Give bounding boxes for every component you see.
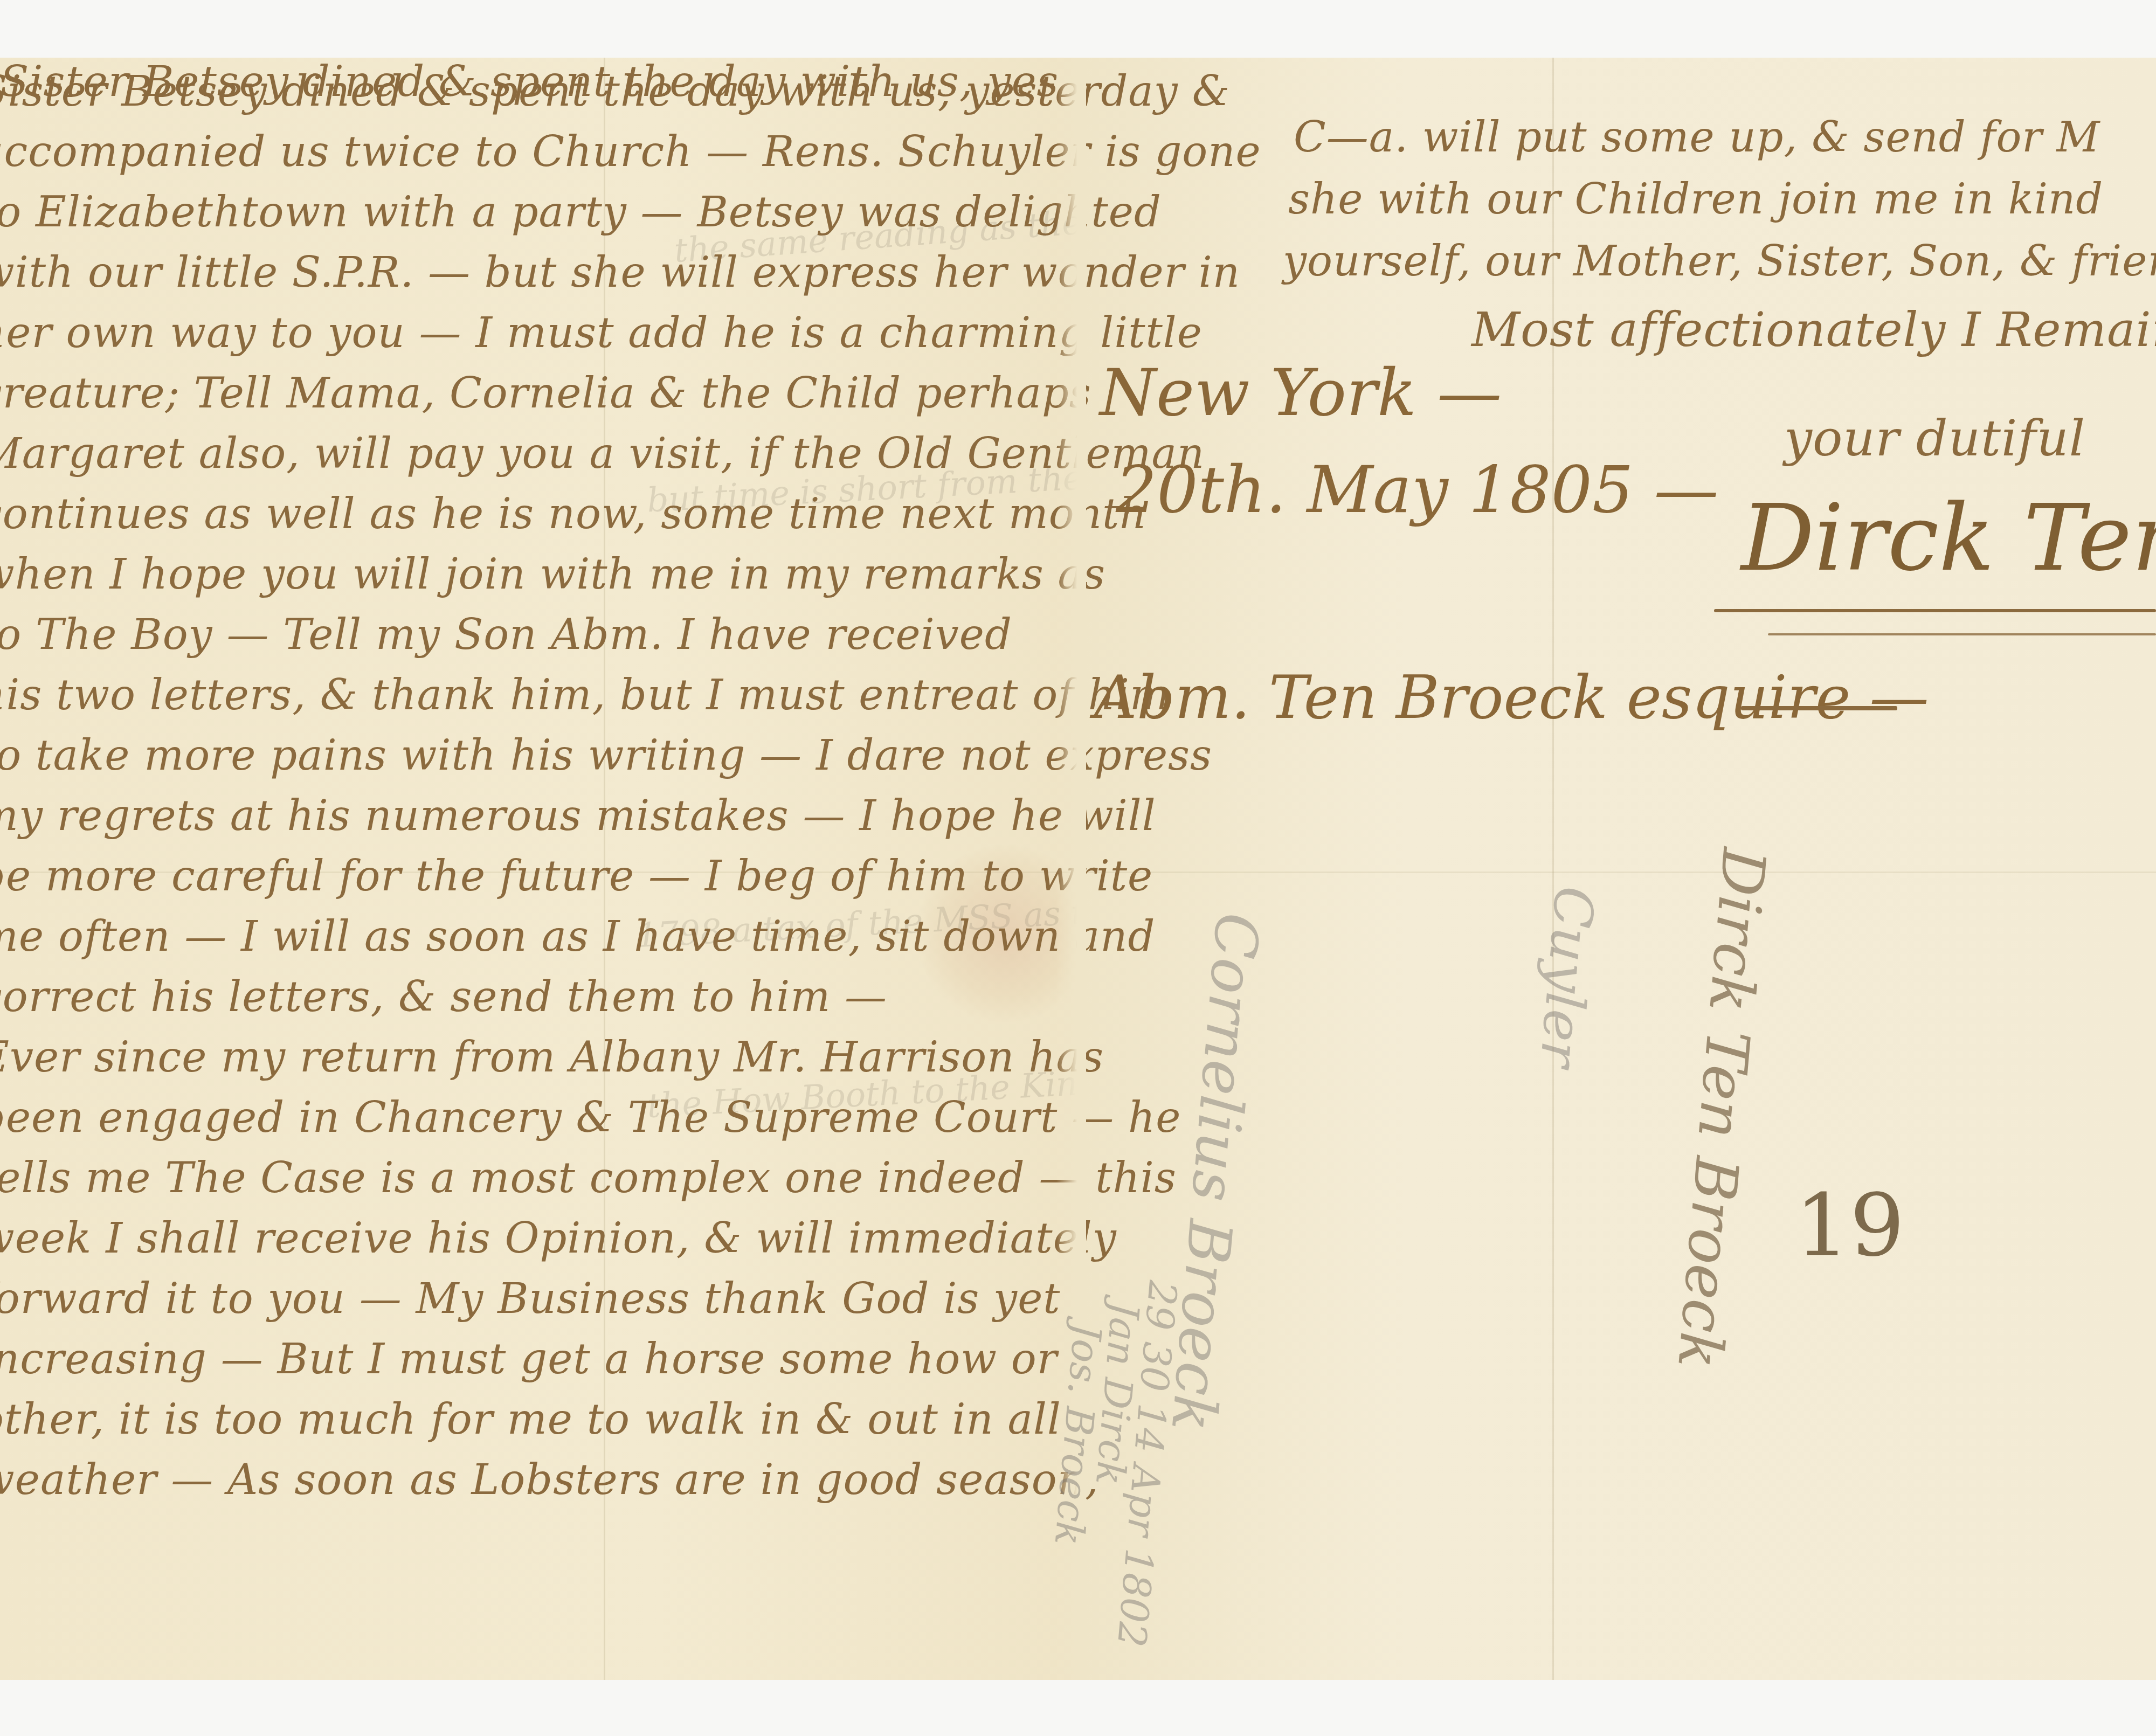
addressee: Abm. Ten Broeck esquire — — [1094, 663, 1929, 732]
letter-line: when I hope you will join with me in my … — [0, 550, 1105, 599]
letter-line: me often — I will as soon as I have time… — [0, 912, 1156, 961]
right-page — [1086, 58, 2156, 1680]
letter-line: other, it is too much for me to walk in … — [0, 1395, 1061, 1444]
fold-line — [1086, 872, 2156, 873]
letter-line: correct his letters, & send them to him … — [0, 973, 887, 1021]
letter-line: Ever since my return from Albany Mr. Har… — [0, 1033, 1104, 1082]
letter-line: her own way to you — I must add he is a … — [0, 309, 1203, 357]
letter-line: be more careful for the future — I beg o… — [0, 852, 1153, 901]
letter-line: C—a. will put some up, & send for M — [1294, 113, 2100, 162]
fold-line — [1552, 58, 1554, 1680]
letter-line: forward it to you — My Business thank Go… — [0, 1275, 1061, 1323]
letter-line: been engaged in Chancery & The Supreme C… — [0, 1094, 1181, 1142]
letter-line: with our little S.P.R. — but she will ex… — [0, 248, 1240, 297]
letter-line: Sister Betsey dined & spent the day with… — [0, 67, 1230, 116]
letter-line: she with our Children join me in kind — [1288, 175, 2103, 224]
signature-flourish — [1714, 609, 2156, 612]
place-name: New York — — [1100, 356, 1502, 431]
letter-line: to The Boy — Tell my Son Abm. I have rec… — [0, 611, 1012, 659]
closing-line: Most affectionately I Remain — [1471, 302, 2156, 357]
letter-line: continues as well as he is now, some tim… — [0, 490, 1148, 538]
signature: Dirck Ten B — [1741, 485, 2156, 592]
letter-date: 20th. May 1805 — — [1116, 453, 1718, 528]
letter-line: to Elizabethtown with a party — Betsey w… — [0, 188, 1162, 237]
endorsement-number: 19 — [1795, 1175, 1905, 1276]
letter-line: to take more pains with his writing — I … — [0, 731, 1212, 780]
letter-line: Margaret also, will pay you a visit, if … — [0, 430, 1205, 478]
valediction: your dutiful — [1784, 410, 2085, 467]
letter-line: creature; Tell Mama, Cornelia & the Chil… — [0, 369, 1091, 418]
letter-line: increasing — But I must get a horse some… — [0, 1335, 1058, 1384]
letter-line: week I shall receive his Opinion, & will… — [0, 1214, 1117, 1263]
letter-line: yourself, our Mother, Sister, Son, & fri… — [1283, 237, 2156, 286]
letter-line: weather — As soon as Lobsters are in goo… — [0, 1456, 1099, 1504]
addressee-underline — [1741, 706, 1897, 710]
signature-flourish — [1768, 633, 2156, 635]
letter-line: tells me The Case is a most complex one … — [0, 1154, 1177, 1202]
letter-line: my regrets at his numerous mistakes — I … — [0, 792, 1156, 840]
letter-line: his two letters, & thank him, but I must… — [0, 671, 1170, 720]
